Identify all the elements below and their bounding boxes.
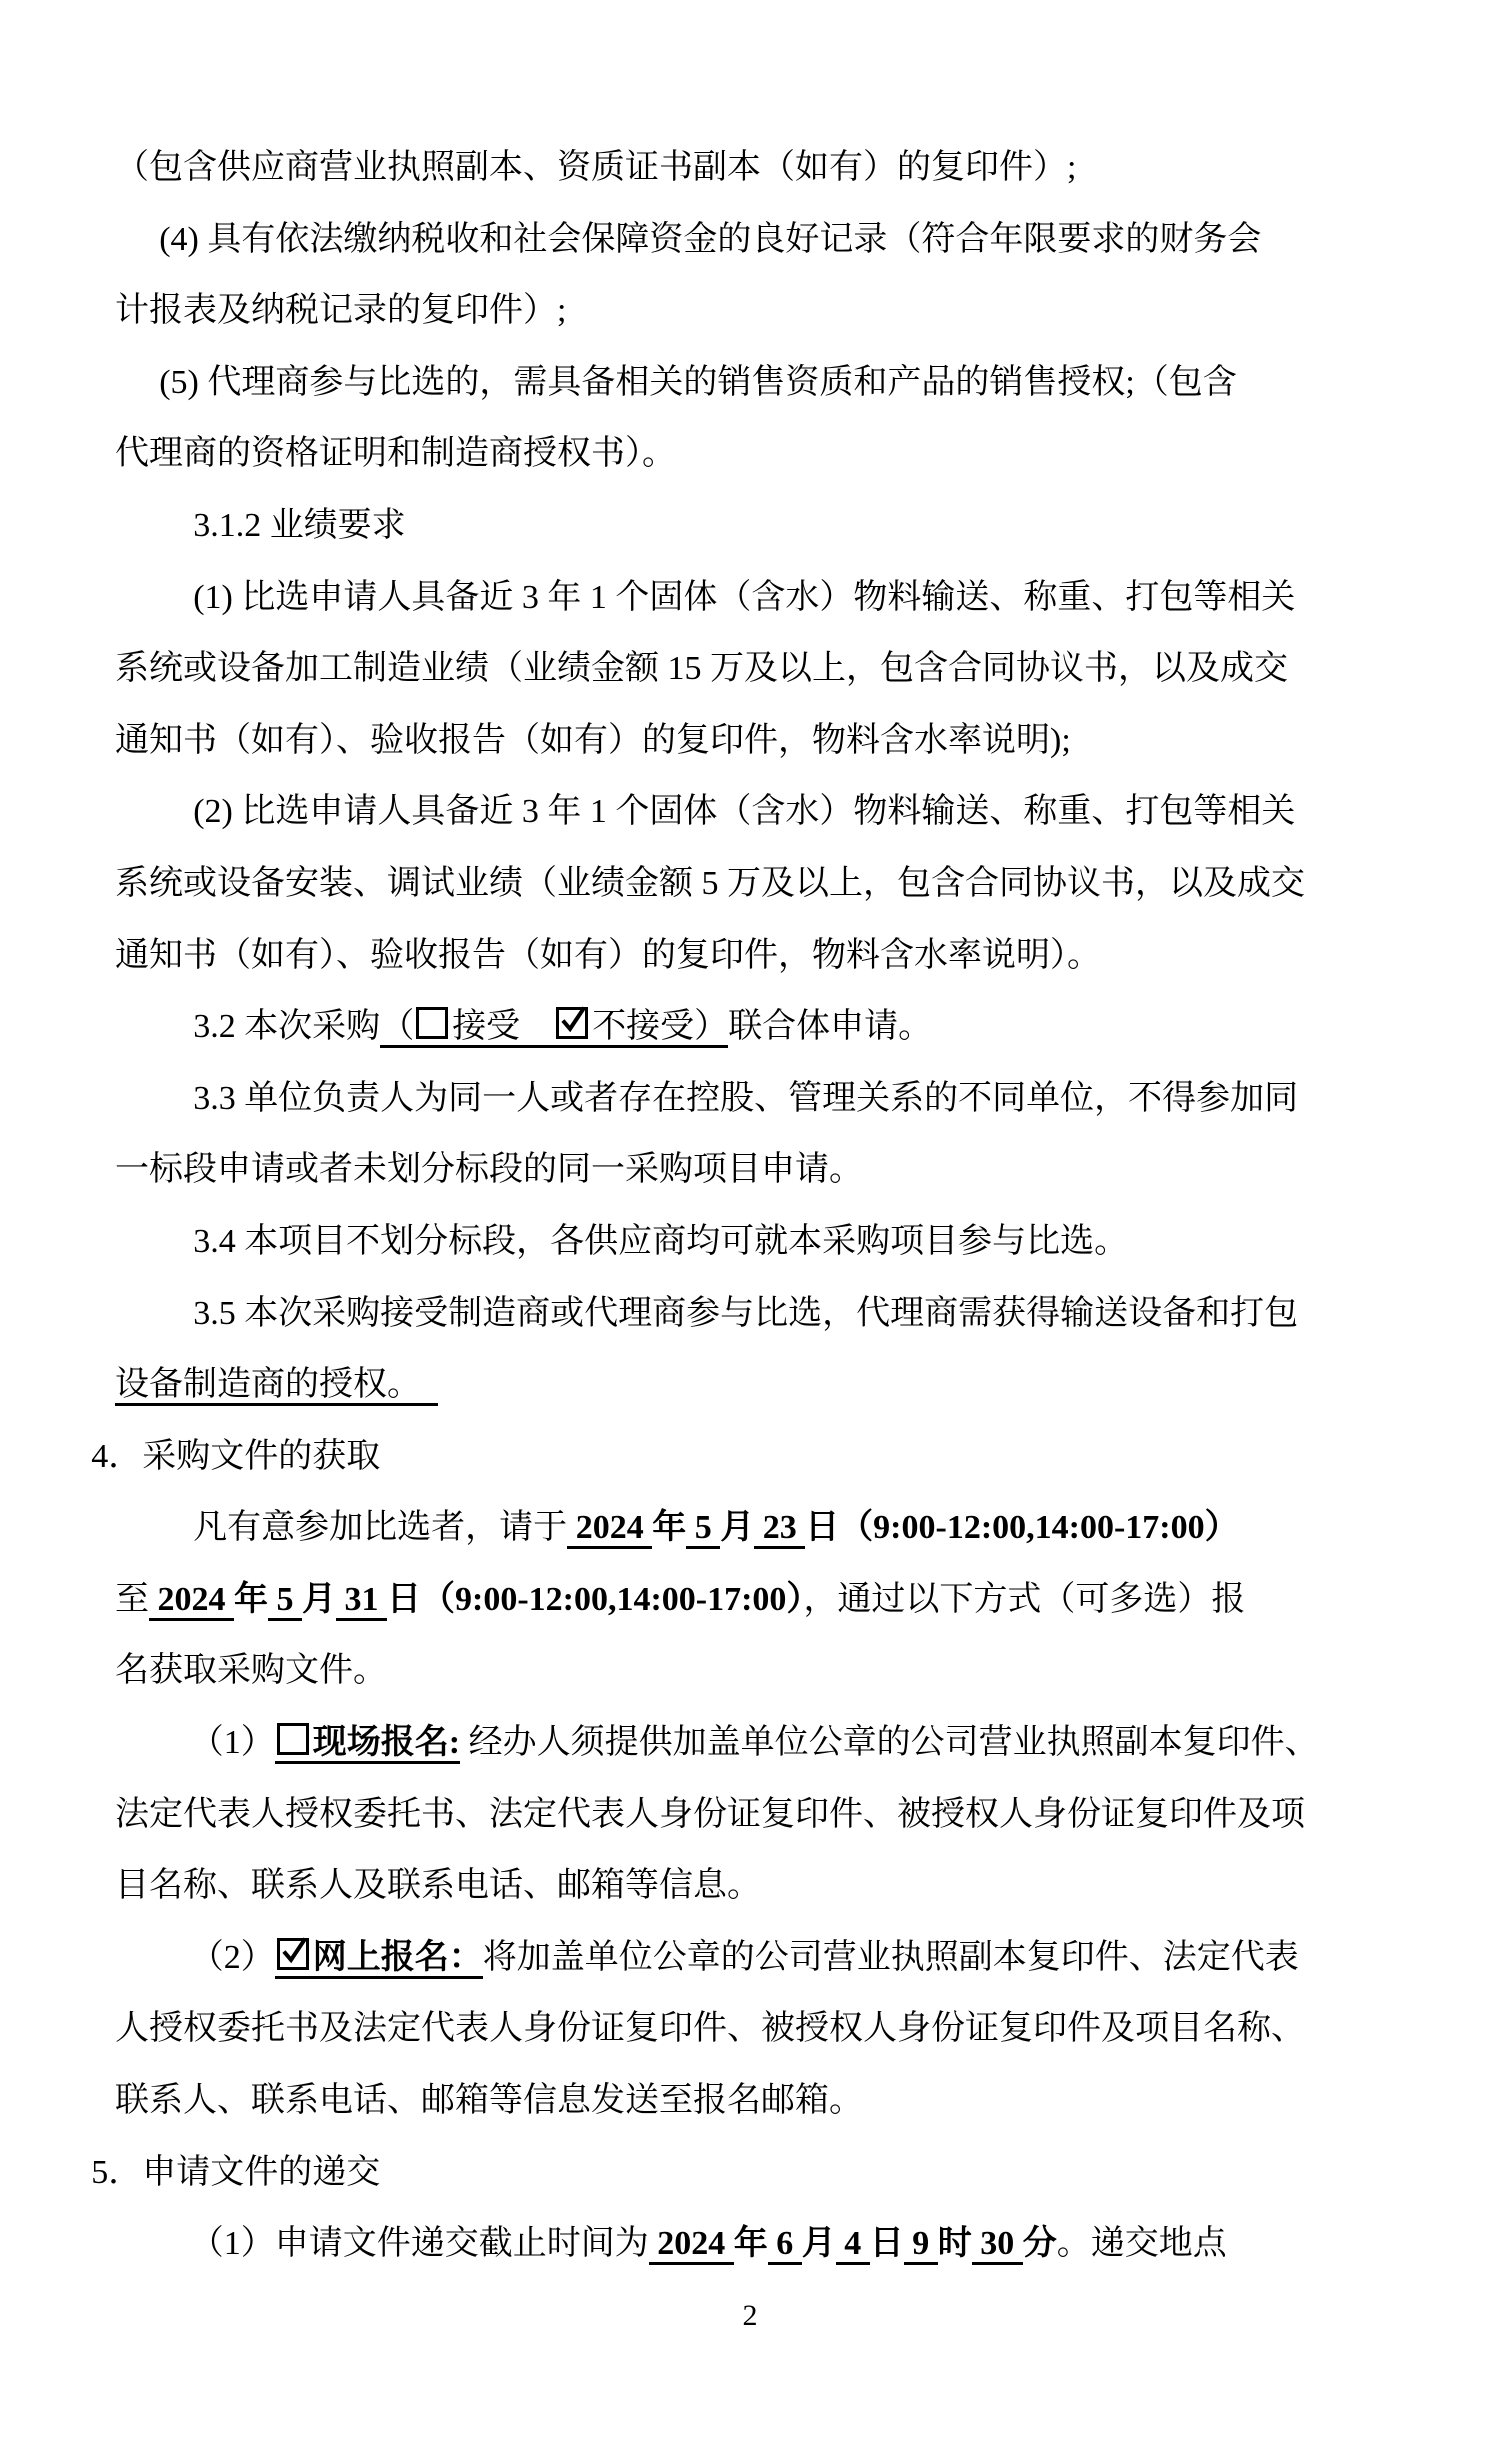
text-line: 4．采购文件的获取 <box>115 1421 1408 1493</box>
text-run: 3.3 单位负责人为同一人或者存在控股、管理关系的不同单位，不得参加同 <box>193 1080 1298 1117</box>
text-run <box>554 1008 592 1048</box>
text-run: 计报表及纳税记录的复印件）; <box>115 292 566 329</box>
text-run: 通知书（如有）、验收报告（如有）的复印件，物料含水率说明）。 <box>115 937 1101 974</box>
checkbox-unchecked-icon <box>277 1723 309 1755</box>
text-line: 3.2 本次采购（接受 不接受）联合体申请。 <box>115 991 1408 1063</box>
text-run: （1） <box>190 1724 275 1761</box>
text-line: 系统或设备加工制造业绩（业绩金额 15 万及以上，包含合同协议书，以及成交 <box>115 633 1408 705</box>
text-run: 名获取采购文件。 <box>115 1652 387 1689</box>
text-run: 时 <box>938 2225 972 2262</box>
text-run: 经办人须提供加盖单位公章的公司营业执照副本复印件、 <box>460 1724 1319 1761</box>
checkbox-checked-icon <box>556 1007 588 1039</box>
text-run: 月 <box>302 1581 336 1618</box>
text-run: 9 <box>904 2225 938 2265</box>
text-run <box>414 1008 452 1048</box>
text-run: 30 <box>972 2225 1023 2265</box>
text-run: 2024 <box>567 1509 652 1549</box>
text-line: 目名称、联系人及联系电话、邮箱等信息。 <box>115 1850 1408 1922</box>
text-line: （1）申请文件递交截止时间为 2024 年 6 月 4 日 9 时 30 分。递… <box>115 2208 1408 2280</box>
text-run: （包含供应商营业执照副本、资质证书副本（如有）的复印件）; <box>115 149 1076 186</box>
text-run: 日（9:00-12:00,14:00-17:00） <box>387 1581 803 1618</box>
text-line: 3.3 单位负责人为同一人或者存在控股、管理关系的不同单位，不得参加同 <box>115 1063 1408 1135</box>
text-run: 分 <box>1023 2225 1057 2262</box>
text-run: (2) 比选申请人具备近 3 年 1 个固体（含水）物料输送、称重、打包等相关 <box>193 793 1295 830</box>
text-run: 至 <box>115 1581 149 1618</box>
text-line: 一标段申请或者未划分标段的同一采购项目申请。 <box>115 1134 1408 1206</box>
text-line: 联系人、联系电话、邮箱等信息发送至报名邮箱。 <box>115 2065 1408 2137</box>
text-run: 月 <box>720 1509 754 1546</box>
text-line: 3.5 本次采购接受制造商或代理商参与比选，代理商需获得输送设备和打包 <box>115 1278 1408 1350</box>
text-run: 代理商的资格证明和制造商授权书）。 <box>115 435 676 472</box>
text-run: 3.4 本项目不划分标段，各供应商均可就本采购项目参与比选。 <box>193 1223 1128 1260</box>
text-run: （ <box>380 1008 414 1048</box>
text-line: 至 2024 年 5 月 31 日（9:00-12:00,14:00-17:00… <box>115 1564 1408 1636</box>
text-run: 人授权委托书及法定代表人身份证复印件、被授权人身份证复印件及项目名称、 <box>115 2010 1305 2047</box>
text-run: 接受 <box>452 1008 554 1048</box>
text-run: 4 <box>836 2225 870 2265</box>
text-line: 3.1.2 业绩要求 <box>115 490 1408 562</box>
text-line: 计报表及纳税记录的复印件）; <box>115 275 1408 347</box>
text-run: 法定代表人授权委托书、法定代表人身份证复印件、被授权人身份证复印件及项 <box>115 1796 1305 1833</box>
text-line: 通知书（如有）、验收报告（如有）的复印件，物料含水率说明）。 <box>115 920 1408 992</box>
checkbox-checked-icon <box>277 1938 309 1970</box>
text-run: 3.2 本次采购 <box>193 1008 380 1045</box>
text-run: 年 <box>734 2225 768 2262</box>
text-run: 年 <box>652 1509 686 1546</box>
text-line: (5) 代理商参与比选的，需具备相关的销售资质和产品的销售授权;（包含 <box>115 347 1408 419</box>
text-run: 一标段申请或者未划分标段的同一采购项目申请。 <box>115 1151 863 1188</box>
text-run: 系统或设备安装、调试业绩（业绩金额 5 万及以上，包含合同协议书，以及成交 <box>115 865 1305 902</box>
text-line: （2）网上报名：将加盖单位公章的公司营业执照副本复印件、法定代表 <box>115 1922 1408 1994</box>
document-page: （包含供应商营业执照副本、资质证书副本（如有）的复印件）;(4) 具有依法缴纳税… <box>0 0 1500 2464</box>
text-run: 2024 <box>649 2225 734 2265</box>
text-run: 3.1.2 业绩要求 <box>193 507 406 544</box>
text-line: 通知书（如有）、验收报告（如有）的复印件，物料含水率说明); <box>115 705 1408 777</box>
text-run: 系统或设备加工制造业绩（业绩金额 15 万及以上，包含合同协议书，以及成交 <box>115 650 1288 687</box>
text-line: (1) 比选申请人具备近 3 年 1 个固体（含水）物料输送、称重、打包等相关 <box>115 562 1408 634</box>
text-run: 31 <box>336 1581 387 1621</box>
text-line: 设备制造商的授权。 <box>115 1349 1408 1421</box>
text-line: 法定代表人授权委托书、法定代表人身份证复印件、被授权人身份证复印件及项 <box>115 1779 1408 1851</box>
text-run: （1）申请文件递交截止时间为 <box>190 2225 649 2262</box>
text-line: 凡有意参加比选者，请于 2024 年 5 月 23 日（9:00-12:00,1… <box>115 1492 1408 1564</box>
text-line: 系统或设备安装、调试业绩（业绩金额 5 万及以上，包含合同协议书，以及成交 <box>115 848 1408 920</box>
page-footer: 2 <box>0 2296 1500 2336</box>
text-run: 设备制造商的授权。 <box>115 1366 438 1406</box>
text-run: 通知书（如有）、验收报告（如有）的复印件，物料含水率说明); <box>115 722 1071 759</box>
text-run: 3.5 本次采购接受制造商或代理商参与比选，代理商需获得输送设备和打包 <box>193 1295 1298 1332</box>
text-run: (1) 比选申请人具备近 3 年 1 个固体（含水）物料输送、称重、打包等相关 <box>193 579 1295 616</box>
text-run: 4．采购文件的获取 <box>91 1438 380 1475</box>
text-run: 月 <box>802 2225 836 2262</box>
text-run: 目名称、联系人及联系电话、邮箱等信息。 <box>115 1867 761 1904</box>
text-line: (4) 具有依法缴纳税收和社会保障资金的良好记录（符合年限要求的财务会 <box>115 204 1408 276</box>
text-run: ，通过以下方式（可多选）报 <box>803 1581 1245 1618</box>
page-number: 2 <box>743 2299 758 2332</box>
text-line: (2) 比选申请人具备近 3 年 1 个固体（含水）物料输送、称重、打包等相关 <box>115 776 1408 848</box>
text-line: 名获取采购文件。 <box>115 1635 1408 1707</box>
text-run: 不接受） <box>592 1008 728 1048</box>
checkbox-unchecked-icon <box>416 1007 448 1039</box>
text-run: (5) 代理商参与比选的，需具备相关的销售资质和产品的销售授权;（包含 <box>159 364 1237 401</box>
text-run: 联合体申请。 <box>728 1008 932 1045</box>
text-line: 5．申请文件的递交 <box>115 2137 1408 2209</box>
text-run: 2024 <box>149 1581 234 1621</box>
text-run: 凡有意参加比选者，请于 <box>193 1509 567 1546</box>
text-run: 日（9:00-12:00,14:00-17:00） <box>805 1509 1238 1546</box>
text-run: (4) 具有依法缴纳税收和社会保障资金的良好记录（符合年限要求的财务会 <box>159 221 1261 258</box>
text-line: 代理商的资格证明和制造商授权书）。 <box>115 418 1408 490</box>
text-run: 5 <box>268 1581 302 1621</box>
text-line: （包含供应商营业执照副本、资质证书副本（如有）的复印件）; <box>115 132 1408 204</box>
text-run <box>275 1939 313 1979</box>
text-run: 联系人、联系电话、邮箱等信息发送至报名邮箱。 <box>115 2082 863 2119</box>
text-run: 23 <box>754 1509 805 1549</box>
text-run: 5 <box>686 1509 720 1549</box>
text-run: （2） <box>190 1939 275 1976</box>
text-run: 将加盖单位公章的公司营业执照副本复印件、法定代表 <box>483 1939 1299 1976</box>
text-run: 网上报名： <box>313 1939 483 1979</box>
text-run: 。递交地点 <box>1057 2225 1227 2262</box>
text-run: 日 <box>870 2225 904 2262</box>
text-line: 人授权委托书及法定代表人身份证复印件、被授权人身份证复印件及项目名称、 <box>115 1993 1408 2065</box>
text-run: 现场报名: <box>313 1724 460 1764</box>
document-body: （包含供应商营业执照副本、资质证书副本（如有）的复印件）;(4) 具有依法缴纳税… <box>115 132 1408 2280</box>
text-run: 5．申请文件的递交 <box>91 2154 380 2191</box>
text-run <box>275 1724 313 1764</box>
text-run: 年 <box>234 1581 268 1618</box>
text-line: （1）现场报名: 经办人须提供加盖单位公章的公司营业执照副本复印件、 <box>115 1707 1408 1779</box>
text-line: 3.4 本项目不划分标段，各供应商均可就本采购项目参与比选。 <box>115 1206 1408 1278</box>
text-run: 6 <box>768 2225 802 2265</box>
